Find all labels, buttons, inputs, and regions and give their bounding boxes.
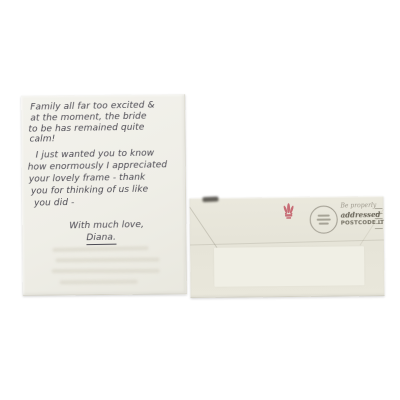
cancellation-wavy-line [375,208,383,209]
letter-line: your lovely frame - thank [29,173,146,185]
cancellation-wavy-line [376,223,383,224]
letter-line: you for thinking of us like [31,185,148,197]
envelope-flap-panel [214,246,364,287]
signature-line: Diana. [86,233,116,246]
ink-showthrough-mark [52,269,160,273]
prince-of-wales-feathers-icon [283,203,295,221]
datestamp-text-smudge [318,215,330,217]
envelope: Be properly addressed POSTCODE IT [189,196,384,298]
datestamp-text-smudge [319,223,329,225]
datestamp-text-smudge [317,219,331,221]
circular-datestamp [310,205,338,233]
letter-line: to be has remained quite [28,123,144,135]
smudge-mark [202,196,218,202]
letter-line: at the moment, the bride [30,112,146,124]
letter-line: calm! [29,134,55,144]
auction-photo: Family all far too excited & at the mome… [0,0,400,400]
cancellation-wavy-line [376,213,383,214]
letter-line: you did - [34,198,75,209]
letter-line: how enormously I appreciated [28,160,168,172]
letter-closing-line: With much love, [69,220,144,231]
letter-text-block: Family all far too excited & at the mome… [21,94,186,294]
cancellation-wavy-line [375,228,383,229]
handwritten-letter: Family all far too excited & at the mome… [21,94,187,295]
letter-line: I just wanted you to know [36,149,155,161]
ink-showthrough-mark [60,280,138,285]
cancellation-wavy-line [375,218,383,219]
